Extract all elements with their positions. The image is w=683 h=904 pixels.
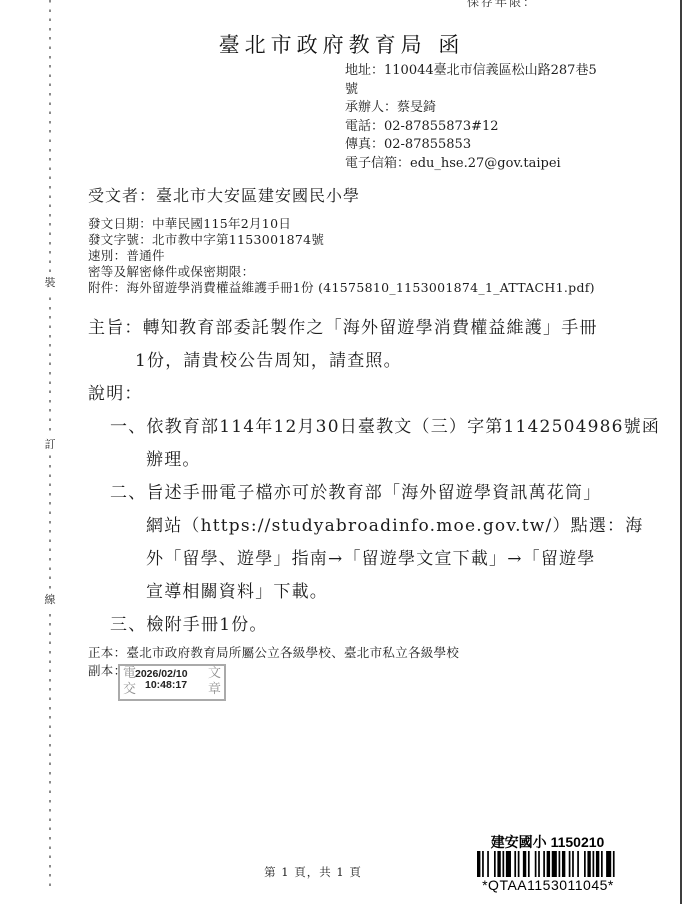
meta-issue-date: 發文日期：中華民國115年2月10日 — [88, 216, 595, 232]
contact-person-line: 承辦人：蔡旻錡 — [345, 99, 597, 118]
stamp-char-zhang: 章 — [208, 682, 221, 698]
binding-mark-zhuang: 裝 — [41, 272, 59, 292]
meta-attachment: 附件：海外留遊學消費權益維護手冊1份 (41575810_1153001874_… — [88, 280, 595, 296]
page-right-edge-line — [680, 0, 682, 904]
stamp-char-jiao: 交 — [123, 682, 136, 698]
letter-body: 主旨：轉知教育部委託製作之「海外留遊學消費權益維護」手冊 1份，請貴校公告周知，… — [88, 312, 618, 642]
explanation-item1-line1: 一、依教育部114年12月30日臺教文（三）字第1142504986號函 — [88, 411, 618, 444]
stamp-time: 10:48:17 — [145, 679, 187, 691]
barcode-text: *QTAA1153011045* — [463, 877, 633, 893]
contact-address-wrap: 號 — [345, 81, 597, 100]
binding-mark-ding: 訂 — [41, 434, 59, 454]
agency-contact-block: 地址：110044臺北市信義區松山路287巷5 號 承辦人：蔡旻錡 電話：02-… — [345, 62, 597, 173]
meta-priority: 速別：普通件 — [88, 248, 595, 264]
barcode — [477, 851, 618, 877]
document-title: 臺北市政府教育局 函 — [0, 29, 683, 59]
explanation-item1-line2: 辦理。 — [88, 444, 618, 477]
distribution-original-line: 正本：臺北市政府教育局所屬公立各級學校、臺北市私立各級學校 — [88, 644, 459, 662]
explanation-heading: 說明： — [88, 378, 618, 411]
contact-email-line: 電子信箱：edu_hse.27@gov.taipei — [345, 155, 597, 174]
electronic-exchange-stamp: 電 文 交 章 2026/02/10 10:48:17 — [118, 664, 226, 701]
recipient-line: 受文者：臺北市大安區建安國民小學 — [88, 183, 360, 206]
page-number-footer: 第 1 頁，共 1 頁 — [233, 864, 393, 880]
meta-doc-number: 發文字號：北市教中字第1153001874號 — [88, 232, 595, 248]
explanation-item2-line1: 二、旨述手冊電子檔亦可於教育部「海外留遊學資訊萬花筒」 — [88, 477, 618, 510]
binding-mark-xian: 線 — [41, 589, 59, 609]
archive-retention-note: 保存年限： — [467, 0, 537, 10]
explanation-item3-line1: 三、檢附手冊1份。 — [88, 609, 618, 642]
document-meta-block: 發文日期：中華民國115年2月10日 發文字號：北市教中字第1153001874… — [88, 216, 595, 296]
contact-address-line: 地址：110044臺北市信義區松山路287巷5 — [345, 62, 597, 81]
contact-phone-line: 電話：02-87855873#12 — [345, 118, 597, 137]
stamp-char-wen: 文 — [208, 666, 221, 682]
explanation-item2-line3: 外「留學、遊學」指南→「留遊學文宣下載」→「留遊學 — [88, 543, 618, 576]
delivery-school-code: 建安國小 1150210 — [470, 832, 625, 852]
explanation-item2-line2: 網站（https://studyabroadinfo.moe.gov.tw/）點… — [88, 510, 618, 543]
contact-fax-line: 傳真：02-87855853 — [345, 136, 597, 155]
subject-line-1: 主旨：轉知教育部委託製作之「海外留遊學消費權益維護」手冊 — [88, 312, 618, 345]
explanation-item2-line4: 宣導相關資料」下載。 — [88, 576, 618, 609]
barcode-image — [477, 851, 618, 877]
subject-line-2: 1份，請貴校公告周知，請查照。 — [88, 345, 618, 378]
meta-classification: 密等及解密條件或保密期限： — [88, 264, 595, 280]
official-letter-page: 裝 訂 線 保存年限： 臺北市政府教育局 函 地址：110044臺北市信義區松山… — [0, 0, 683, 904]
